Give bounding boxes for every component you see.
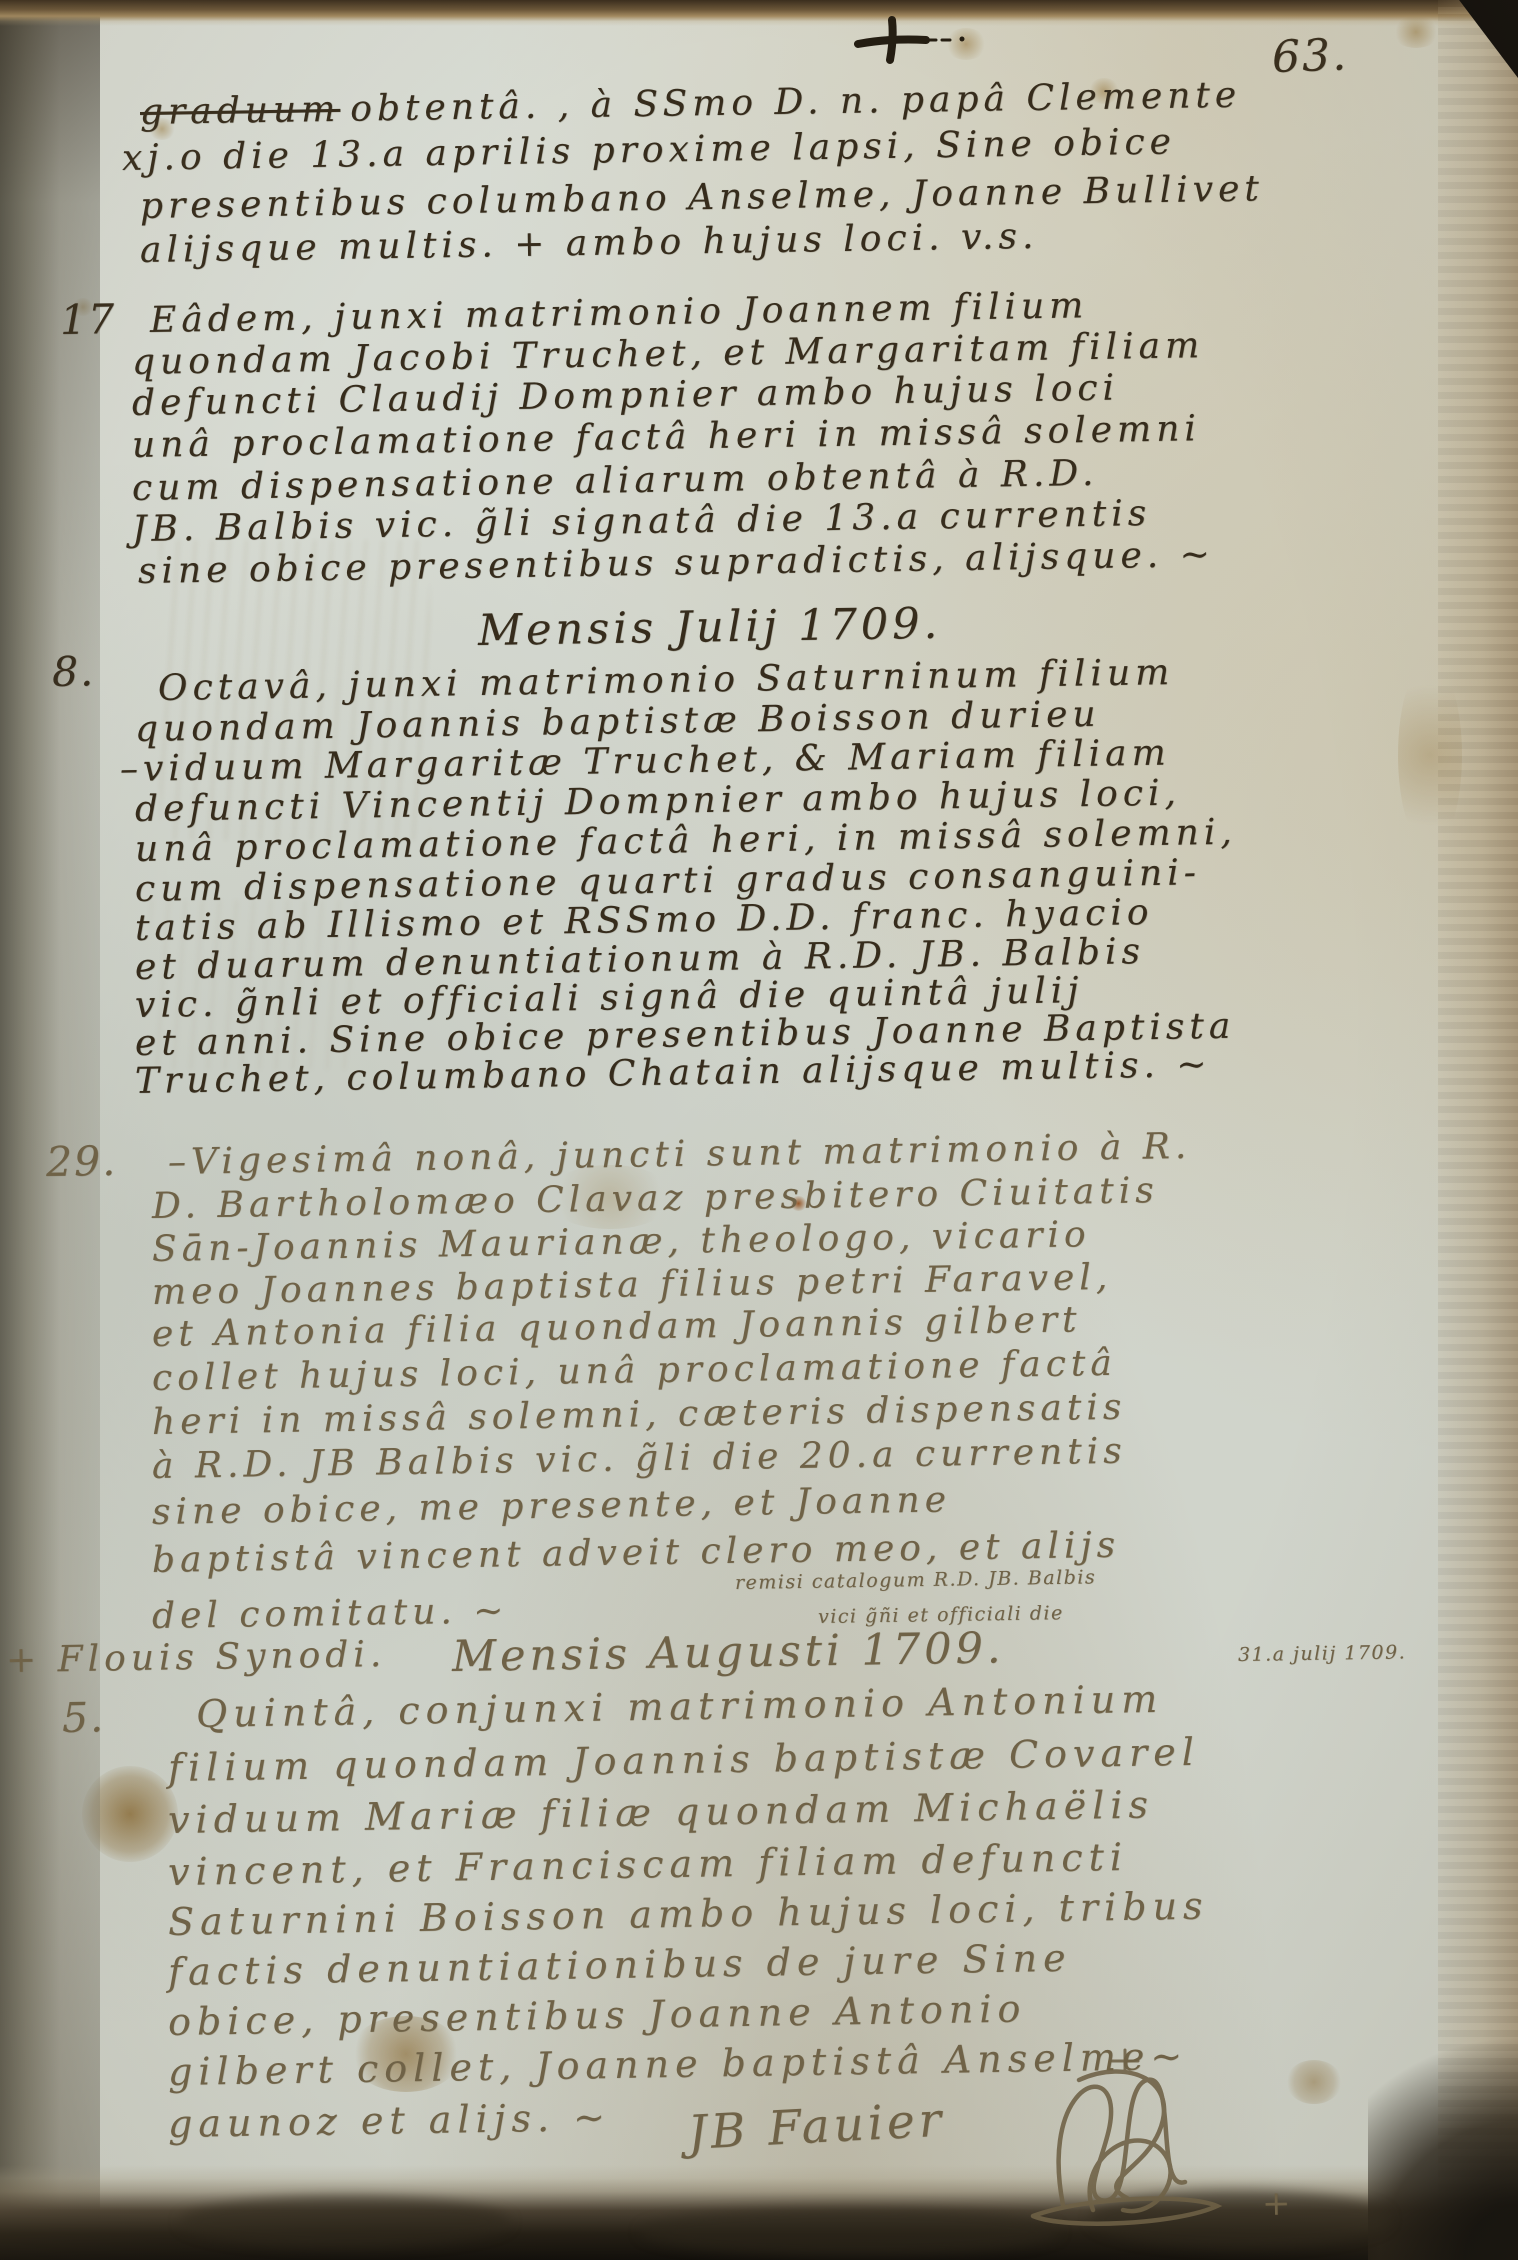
priest-signature: JB Fauier [687,2093,947,2161]
entry-5-margin-number: 5. [62,1693,106,1742]
july-section-heading: Mensis Julij 1709. [478,599,942,656]
catalog-note-date: 31.a julij 1709. [1238,1641,1407,1666]
register-page: 63. graduumobtentâ. , à SSmo D. n. papâ … [0,0,1518,2260]
entry-29-margin-number: 29. [46,1137,118,1186]
catalog-note-line: remisi catalogum R.D. JB. Balbis [735,1566,1096,1594]
april-fragment-line: presentibus columbano Anselme, Joanne Bu… [140,168,1264,227]
corner-shadow-bottom-right [1368,2000,1518,2260]
entry-5-line: Quintâ, conjunxi matrimonio Antonium [196,1677,1164,1736]
entry-5-line: gaunoz et alijs. ~ [168,2095,612,2146]
entry-5-line: viduum Mariæ filiæ quondam Michaëlis [168,1783,1155,1842]
struck-word: graduum [140,89,341,133]
torn-paper-texture [640,2208,1060,2256]
torn-paper-texture [180,2196,510,2248]
entry-8-margin-number: 8. [52,647,96,696]
entry-29-line: sine obice, me presente, et Joanne [152,1479,952,1533]
page-edge-right [1438,0,1518,2260]
entry-5-line: factis denuntiationibus de jure Sine [168,1936,1072,1994]
fragment-text: obtentâ. , à SSmo D. n. papâ Clemente [350,75,1242,130]
entry-17-margin-number: 17 [60,295,117,344]
page-number: 63. [1271,29,1349,83]
august-section-heading: Mensis Augusti 1709. [452,1623,1005,1682]
entry-5-line: vincent, et Franciscam filiam defuncti [168,1835,1129,1894]
entry-5-line: Saturnini Boisson ambo hujus loci, tribu… [168,1884,1209,1944]
page-edge-top [0,0,1518,26]
signature-paraph-flourish [1005,2040,1255,2240]
entry-5-line: obice, presentibus Joanne Antonio [168,1987,1027,2044]
entry-5-line: filium quondam Joannis baptistæ Covarel [168,1730,1201,1790]
top-cross-mark [852,12,972,68]
synodi-margin-note: + Flouis Synodi. [6,1634,387,1681]
stain [1286,2060,1342,2104]
entry-29-line: del comitatu. ~ [152,1590,509,1637]
bottom-cross-mark: + [1262,2184,1291,2224]
